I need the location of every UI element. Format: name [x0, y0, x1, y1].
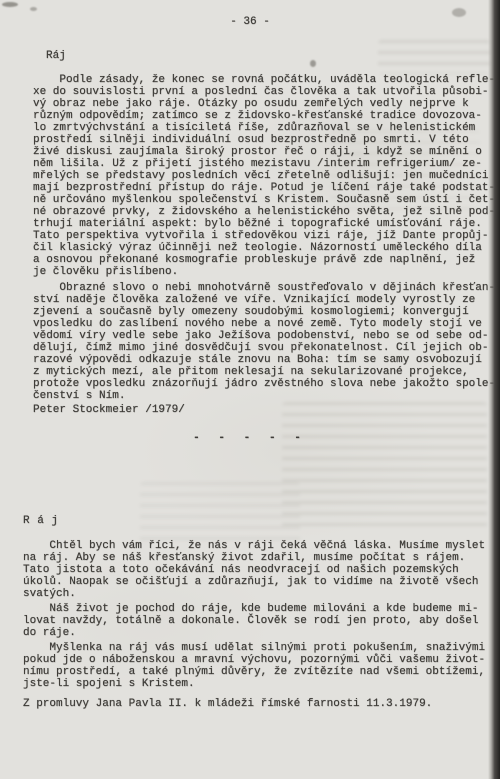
paragraph: Chtěl bych vám říci, že nás v ráji čeká … — [23, 540, 500, 600]
paragraph: Podle zásady, že konec se rovná počátku,… — [33, 74, 500, 278]
source-line: Z promluvy Jana Pavla II. k mládeži říms… — [23, 698, 500, 710]
section-separator: - - - - - — [33, 432, 467, 444]
paragraph: Náš život je pochod do ráje, kde budeme … — [23, 603, 500, 639]
article-stockmeier: Ráj Podle zásady, že konec se rovná počá… — [33, 50, 500, 416]
author-line: Peter Stockmeier /1979/ — [33, 404, 500, 416]
scan-edge-shadow — [488, 0, 500, 779]
article-title: R á j — [23, 515, 500, 527]
page-number: - 36 - — [33, 16, 467, 28]
article-title: Ráj — [46, 50, 500, 62]
paragraph: Myšlenka na ráj vás musí udělat silnými … — [23, 642, 500, 690]
paragraph: Obrazné slovo o nebi mnohotvárně soustře… — [33, 282, 500, 402]
scanned-page: - 36 - Ráj Podle zásady, že konec se rov… — [0, 0, 500, 710]
article-john-paul: R á j Chtěl bych vám říci, že nás v ráji… — [23, 515, 500, 710]
